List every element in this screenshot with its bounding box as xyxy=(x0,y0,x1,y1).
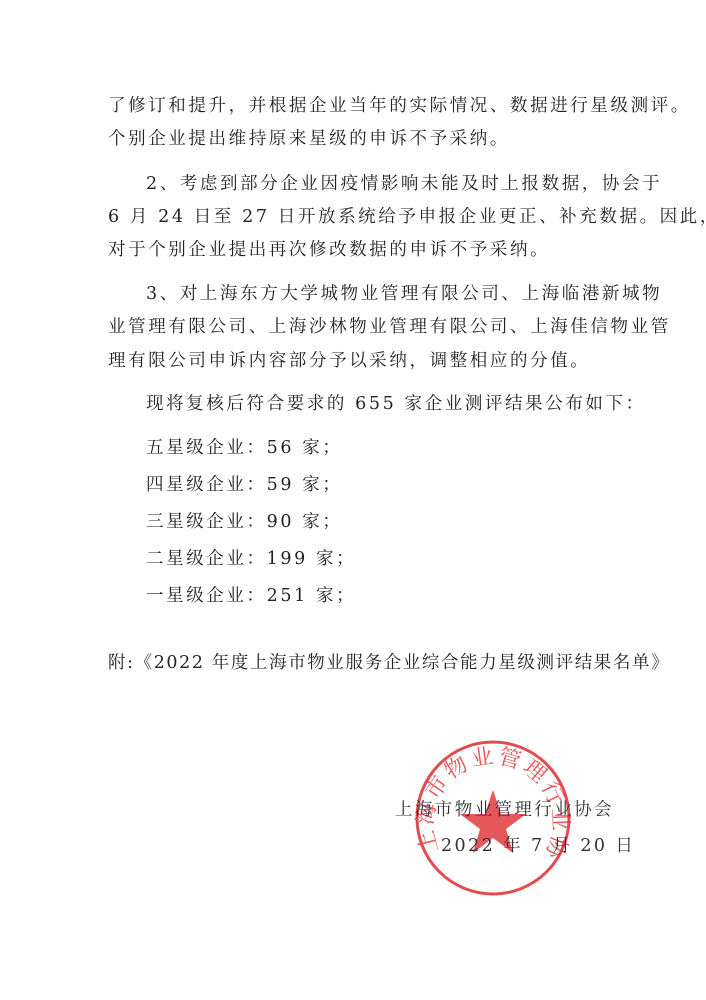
summary-line: 现将复核后符合要求的 655 家企业测评结果公布如下： xyxy=(146,392,656,416)
result-one-star: 一星级企业：251 家； xyxy=(146,584,656,608)
attachment-link: 附:《2022 年度上海市物业服务企业综合能力星级测评结果名单》 xyxy=(108,651,618,675)
paragraph-line: 6 月 24 日至 27 日开放系统给予申报企业更正、补充数据。因此， xyxy=(108,205,618,229)
paragraph-line: 2、考虑到部分企业因疫情影响未能及时上报数据，协会于 xyxy=(146,172,656,196)
result-five-star: 五星级企业：56 家； xyxy=(146,436,656,460)
paragraph-line: 个别企业提出维持原来星级的申诉不予采纳。 xyxy=(108,127,618,151)
paragraph-line: 3、对上海东方大学城物业管理有限公司、上海临港新城物 xyxy=(146,282,656,306)
paragraph-line: 了修订和提升，并根据企业当年的实际情况、数据进行星级测评。 xyxy=(108,94,618,118)
paragraph-line: 对于个别企业提出再次修改数据的申诉不予采纳。 xyxy=(108,238,618,262)
result-two-star: 二星级企业：199 家； xyxy=(146,547,656,571)
paragraph-line: 理有限公司申诉内容部分予以采纳，调整相应的分值。 xyxy=(108,349,618,373)
result-three-star: 三星级企业：90 家； xyxy=(146,510,656,534)
result-four-star: 四星级企业：59 家； xyxy=(146,473,656,497)
paragraph-line: 业管理有限公司、上海沙林物业管理有限公司、上海佳信物业管 xyxy=(108,315,618,339)
signature-date: 2022 年 7 月 20 日 xyxy=(441,834,635,858)
signature-organization: 上海市物业管理行业协会 xyxy=(395,798,614,822)
document-page: 了修订和提升，并根据企业当年的实际情况、数据进行星级测评。 个别企业提出维持原来… xyxy=(0,0,706,1000)
